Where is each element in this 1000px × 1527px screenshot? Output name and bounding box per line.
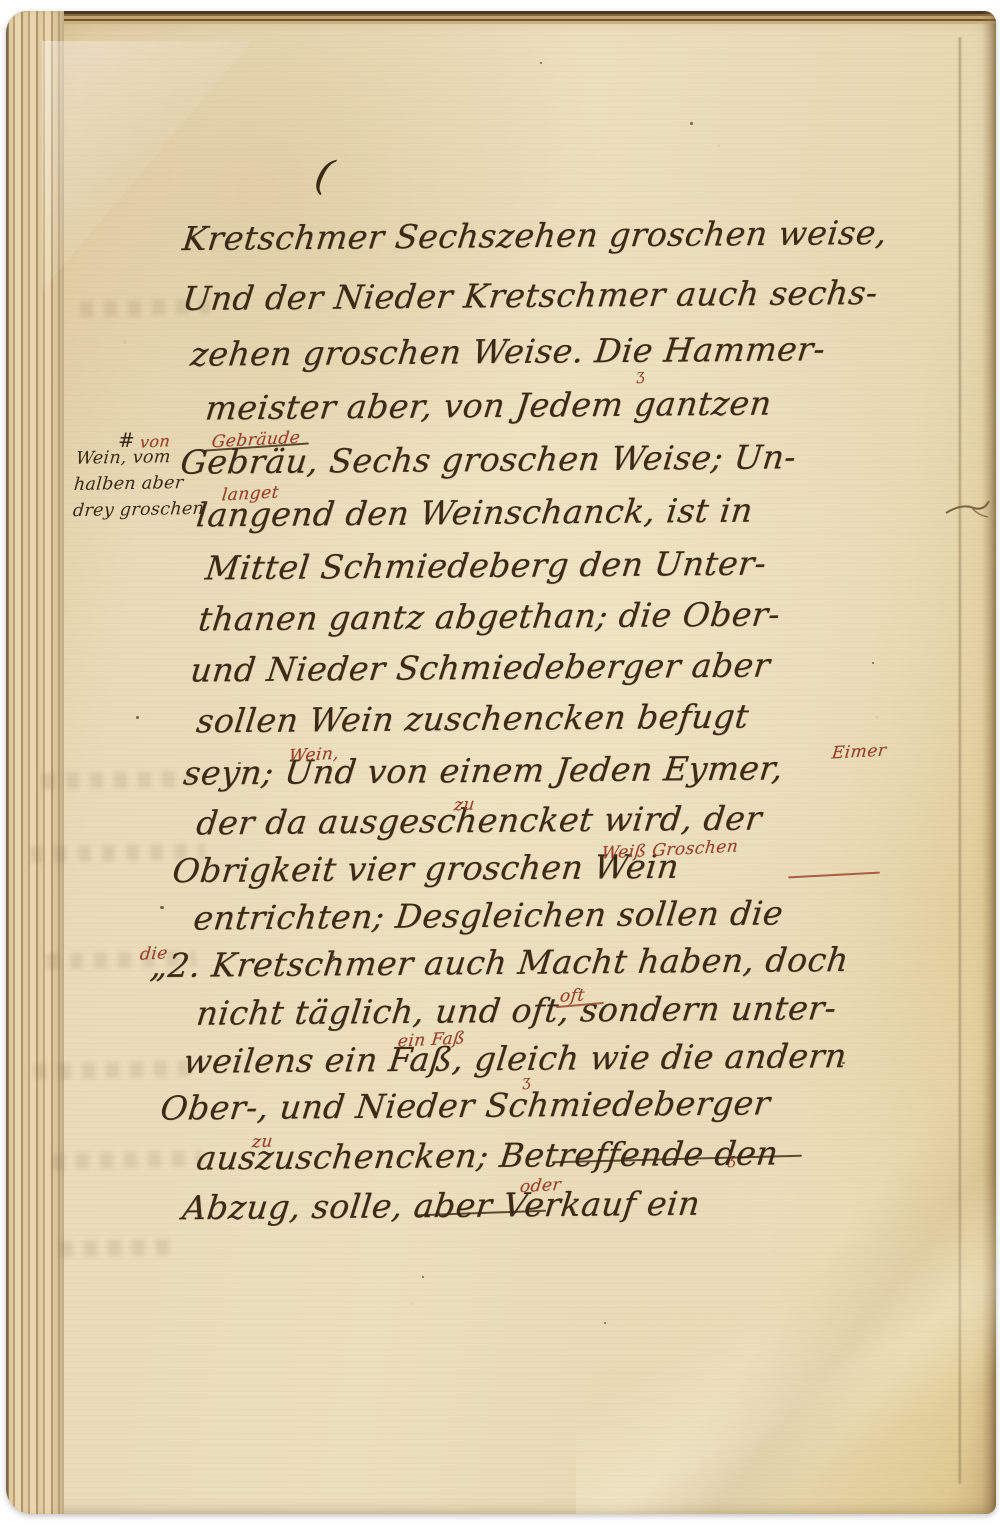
bleedthrough-ghost: [60, 1239, 180, 1258]
manuscript-line: Mittel Schmiedeberg den Unter-: [203, 544, 768, 588]
margin-note-line: Wein, vom: [75, 447, 172, 469]
red-correction: oder: [519, 1175, 562, 1197]
manuscript-line: Ober-, und Nieder Schmiedeberger: [158, 1083, 772, 1127]
ink-speck: [604, 1322, 606, 1324]
manuscript-line: thanen gantz abgethan; die Ober-: [196, 594, 782, 638]
manuscript-line: und Nieder Schmiedeberger aber: [188, 645, 772, 689]
red-correction: langet: [221, 483, 280, 506]
manuscript-line: der da ausgeschencket wird, der: [194, 799, 764, 843]
manuscript-photo: ( # von Wein, vom halben aber drey grosc…: [0, 0, 1000, 1527]
red-correction-mark: ʒ: [726, 1150, 736, 1169]
manuscript-line: sollen Wein zuschencken befugt: [194, 697, 751, 741]
manuscript-line: seyn; Und von einem Jeden Eymer,: [181, 748, 785, 792]
ink-speck: [160, 906, 164, 909]
manuscript-line: nicht täglich, und oft, sondern unter-: [194, 988, 838, 1033]
red-correction: die: [139, 943, 169, 964]
bleedthrough-ghost: [52, 1150, 202, 1169]
margin-note-line: halben aber: [73, 473, 184, 495]
bleedthrough-ghost: [42, 770, 192, 789]
manuscript-line: weilens ein Faß, gleich wie die andern: [181, 1036, 849, 1081]
manuscript-line: meister aber, von Jedem gantzen: [203, 384, 773, 428]
binding-stitch-thread: [944, 499, 990, 521]
manuscript-line: „2. Kretschmer auch Macht haben, doch: [148, 940, 850, 985]
ink-speck: [422, 1276, 424, 1278]
red-correction-mark: ʒ: [521, 1072, 531, 1091]
red-correction: Wein,: [288, 744, 340, 767]
book-binding-edge: [6, 11, 64, 1514]
red-correction-mark: ʒ: [635, 366, 645, 385]
page-right-edge: [982, 11, 996, 1514]
ink-speck: [540, 62, 542, 64]
ink-speck: [872, 662, 874, 664]
manuscript-line: Abzug, solle, aber Verkauf ein: [181, 1184, 703, 1228]
red-correction: zu: [251, 1131, 274, 1152]
manuscript-line: auszuschencken; Betreffende den: [194, 1133, 780, 1177]
red-correction: Eimer: [831, 741, 888, 764]
margin-note-line: drey groschen: [72, 499, 205, 521]
ink-speck: [690, 122, 693, 125]
right-fold-line: [958, 37, 962, 1484]
manuscript-line: entrichten; Desgleichen sollen die: [191, 893, 785, 937]
manuscript-line: Kretschmer Sechszehen groschen weise,: [180, 213, 889, 258]
red-correction: zu: [453, 794, 476, 815]
manuscript-line: zehen groschen Weise. Die Hammer-: [188, 329, 827, 374]
page-stack-top-edge: [6, 11, 996, 35]
ink-speck: [136, 716, 139, 719]
manuscript-line: Und der Nieder Kretschmer auch sechs-: [180, 273, 880, 318]
red-correction: ein Faß: [397, 1028, 466, 1051]
